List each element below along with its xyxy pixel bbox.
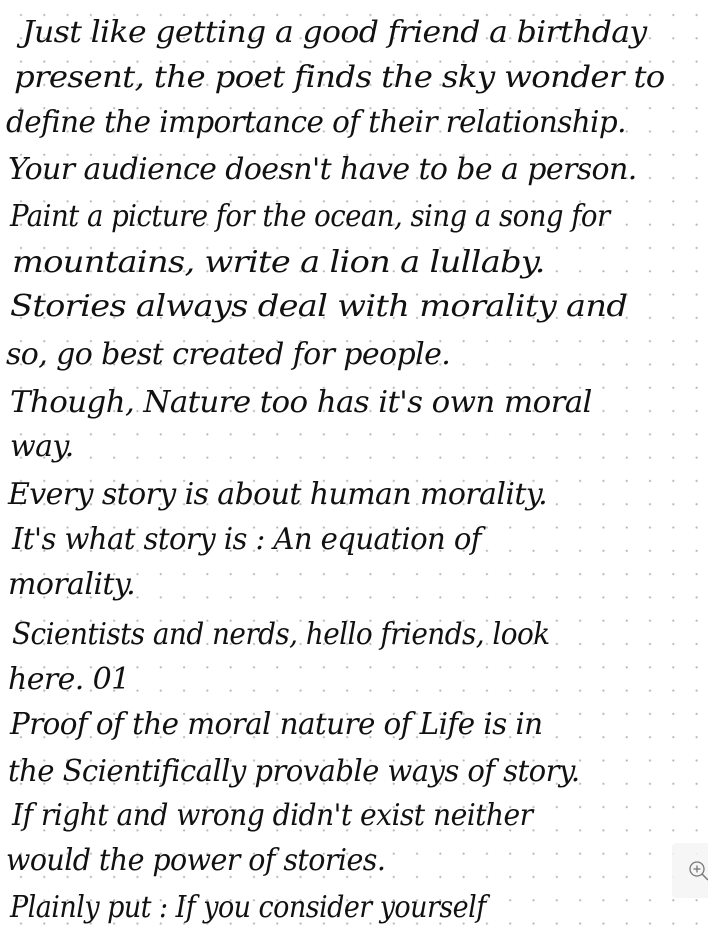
text-line: so, go best created for people. — [6, 340, 450, 370]
text-line: Plainly put : If you consider yourself — [10, 893, 486, 923]
text-line: present, the poet finds the sky wonder t… — [14, 63, 665, 93]
text-line: morality. — [8, 570, 135, 600]
text-line: would the power of stories. — [6, 846, 385, 876]
zoom-in-button[interactable] — [672, 843, 708, 898]
text-line: Your audience doesn't have to be a perso… — [8, 155, 637, 185]
text-line: Scientists and nerds, hello friends, loo… — [12, 620, 550, 650]
text-line: Just like getting a good friend a birthd… — [22, 18, 647, 48]
zoom-in-icon — [688, 860, 708, 882]
text-line: If right and wrong didn't exist neither — [12, 801, 533, 831]
text-line: the Scientifically provable ways of stor… — [8, 757, 580, 787]
text-line: It's what story is : An equation of — [12, 525, 481, 555]
text-line: define the importance of their relations… — [6, 108, 626, 138]
text-line: Stories always deal with morality and — [10, 292, 627, 322]
text-line: way. — [10, 432, 74, 462]
text-line: mountains, write a lion a lullaby. — [12, 248, 545, 278]
handwritten-text: Just like getting a good friend a birthd… — [0, 0, 708, 940]
text-line: Every story is about human morality. — [8, 480, 547, 510]
text-line: Paint a picture for the ocean, sing a so… — [10, 202, 610, 232]
text-line: Though, Nature too has it's own moral — [10, 388, 592, 418]
dot-grid-page: Just like getting a good friend a birthd… — [0, 0, 708, 940]
text-line: here. 01 — [8, 665, 130, 695]
text-line: Proof of the moral nature of Life is in — [10, 710, 543, 740]
